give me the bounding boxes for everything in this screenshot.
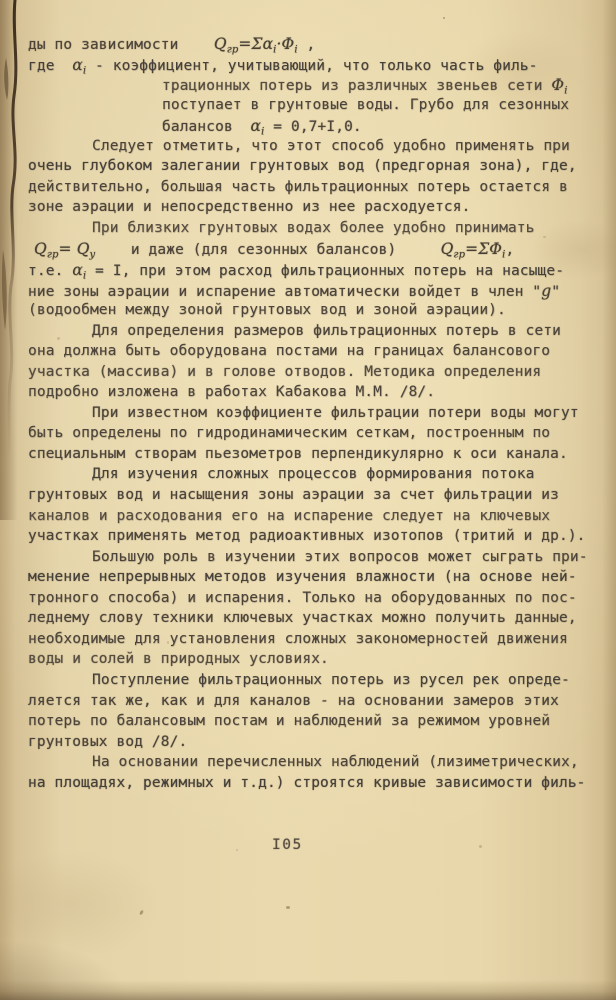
formula-segment: Q bbox=[34, 240, 47, 258]
text-line: При близких грунтовых водах более удобно… bbox=[28, 220, 600, 241]
formula-segment: α bbox=[251, 117, 262, 135]
page-text-block: ды по зависимости Qгр=Σαi·Φi ,где αi - к… bbox=[28, 35, 600, 795]
text-line: потерь по балансовым постам и наблюдений… bbox=[28, 713, 600, 734]
text-line: она должна быть оборудована постами на г… bbox=[28, 343, 600, 364]
text-run: При близких грунтовых водах более удобно… bbox=[92, 220, 535, 236]
text-line: Для определения размеров фильтрационных … bbox=[28, 323, 600, 344]
text-line: трационных потерь из различных звеньев с… bbox=[28, 76, 600, 97]
text-line: ды по зависимости Qгр=Σαi·Φi , bbox=[28, 35, 600, 56]
paper-speck bbox=[479, 845, 482, 848]
text-run: подробно изложена в работах Кабакова М.М… bbox=[28, 384, 435, 400]
text-line: необходимые для установления сложных зак… bbox=[28, 631, 600, 652]
formula-segment: =Σα bbox=[238, 35, 273, 53]
text-line: менение непрерывных методов изучения вла… bbox=[28, 569, 600, 590]
text-run: где bbox=[28, 58, 72, 74]
text-run: ды по зависимости bbox=[28, 37, 214, 53]
text-run: балансов bbox=[162, 119, 251, 135]
text-run: специальным створам пьезометров перпенди… bbox=[28, 446, 568, 462]
text-run: Большую роль в изучении этих вопросов мо… bbox=[92, 549, 588, 565]
text-line: На основании перечисленных наблюдений (л… bbox=[28, 754, 600, 775]
text-line: где αi - коэффициент, учитывающий, что т… bbox=[28, 56, 600, 77]
text-run: грунтовых вод /8/. bbox=[28, 734, 187, 750]
text-run: = 0,7+I,0. bbox=[264, 119, 361, 135]
formula-segment: α bbox=[72, 261, 83, 279]
text-line: каналов и расходования его на испарение … bbox=[28, 508, 600, 529]
text-line: ние зоны аэрации и испарение автоматичес… bbox=[28, 282, 600, 303]
text-line: очень глубоком залегании грунтовых вод (… bbox=[28, 158, 600, 179]
text-run: потерь по балансовым постам и наблюдений… bbox=[28, 713, 550, 729]
text-line: Большую роль в изучении этих вопросов мо… bbox=[28, 549, 600, 570]
text-line: т.е. αi = I, при этом расход фильтрацион… bbox=[28, 261, 600, 282]
formula-segment: Φ bbox=[551, 76, 564, 94]
paper-speck bbox=[139, 910, 144, 916]
text-line: тронного способа) и испарения. Только на… bbox=[28, 590, 600, 611]
paper-speck bbox=[167, 641, 169, 644]
text-line: действительно, большая часть фильтрацион… bbox=[28, 179, 600, 200]
text-run: менение непрерывных методов изучения вла… bbox=[28, 569, 577, 585]
text-run: леднему слову техники ключевых участках … bbox=[28, 610, 577, 626]
text-line: ляется так же, как и для каналов - на ос… bbox=[28, 693, 600, 714]
text-run: (водообмен между зоной грунтовых вод и з… bbox=[28, 302, 506, 318]
paper-speck bbox=[286, 906, 290, 909]
text-run: участка (массива) и в голове отводов. Ме… bbox=[28, 364, 541, 380]
formula-segment: =ΣΦ bbox=[465, 240, 502, 258]
text-line: грунтовых вод /8/. bbox=[28, 734, 600, 755]
text-run: зоне аэрации и непосредственно из нее ра… bbox=[28, 199, 471, 215]
paper-speck bbox=[236, 849, 238, 851]
text-run: ляется так же, как и для каналов - на ос… bbox=[28, 693, 559, 709]
text-run: " bbox=[551, 284, 560, 300]
text-line: подробно изложена в работах Кабакова М.М… bbox=[28, 384, 600, 405]
text-run: = I, при этом расход фильтрационных поте… bbox=[86, 263, 564, 279]
text-run: она должна быть оборудована постами на г… bbox=[28, 343, 550, 359]
formula-segment: ·Φ bbox=[277, 35, 295, 53]
text-run: поступает в грунтовые воды. Грубо для се… bbox=[162, 97, 569, 113]
text-run: на площадях, режимных и т.д.) строятся к… bbox=[28, 775, 586, 791]
text-run: Следует отметить, что этот способ удобно… bbox=[92, 138, 570, 154]
formula-segment: i bbox=[564, 86, 567, 97]
text-run: необходимые для установления сложных зак… bbox=[28, 631, 568, 647]
text-line: Для изучения сложных процессов формирова… bbox=[28, 466, 600, 487]
paper-speck bbox=[57, 337, 60, 340]
text-line: воды и солей в природных условиях. bbox=[28, 651, 600, 672]
text-run: грунтовых вод и насыщения зоны аэрации з… bbox=[28, 487, 559, 503]
text-line: Поступление фильтрационных потерь из рус… bbox=[28, 672, 600, 693]
formula-segment: гр bbox=[47, 250, 59, 261]
text-run: быть определены по гидродинамическим сет… bbox=[28, 425, 550, 441]
text-line: участка (массива) и в голове отводов. Ме… bbox=[28, 364, 600, 385]
text-line: на площадях, режимных и т.д.) строятся к… bbox=[28, 775, 600, 796]
document-page: ды по зависимости Qгр=Σαi·Φi ,где αi - к… bbox=[0, 0, 616, 1000]
text-line: участках применять метод радиоактивных и… bbox=[28, 528, 600, 549]
text-line: специальным створам пьезометров перпенди… bbox=[28, 446, 600, 467]
text-line: (водообмен между зоной грунтовых вод и з… bbox=[28, 302, 600, 323]
text-run: , bbox=[298, 37, 316, 53]
text-run: Для определения размеров фильтрационных … bbox=[92, 323, 561, 339]
text-run: трационных потерь из различных звеньев с… bbox=[162, 78, 551, 94]
formula-segment: гр bbox=[453, 250, 465, 261]
formula-segment: = bbox=[59, 240, 77, 258]
text-run: , bbox=[505, 242, 514, 258]
text-run: воды и солей в природных условиях. bbox=[28, 651, 329, 667]
formula-segment: Q bbox=[441, 240, 454, 258]
text-line: балансов αi = 0,7+I,0. bbox=[28, 117, 600, 138]
text-run: тронного способа) и испарения. Только на… bbox=[28, 590, 577, 606]
paper-speck bbox=[543, 236, 546, 238]
formula-segment: g bbox=[541, 282, 551, 300]
formula-segment: гр bbox=[227, 45, 239, 56]
text-run: При известном коэффициенте фильтрации по… bbox=[92, 405, 579, 421]
text-line: При известном коэффициенте фильтрации по… bbox=[28, 405, 600, 426]
text-run: и даже (для сезонных балансов) bbox=[95, 242, 440, 258]
text-run: очень глубоком залегании грунтовых вод (… bbox=[28, 158, 577, 174]
text-run: Для изучения сложных процессов формирова… bbox=[92, 466, 535, 482]
text-run: каналов и расходования его на испарение … bbox=[28, 508, 550, 524]
text-line: леднему слову техники ключевых участках … bbox=[28, 610, 600, 631]
text-run: т.е. bbox=[28, 263, 72, 279]
formula-segment: Q bbox=[77, 240, 90, 258]
formula-segment: α bbox=[72, 56, 83, 74]
text-run: Поступление фильтрационных потерь из рус… bbox=[92, 672, 570, 688]
formula-segment: Q bbox=[214, 35, 227, 53]
text-line: быть определены по гидродинамическим сет… bbox=[28, 425, 600, 446]
text-run: На основании перечисленных наблюдений (л… bbox=[92, 754, 579, 770]
text-line: грунтовых вод и насыщения зоны аэрации з… bbox=[28, 487, 600, 508]
text-line: Qгр= Qу и даже (для сезонных балансов) Q… bbox=[28, 240, 600, 261]
text-line: зоне аэрации и непосредственно из нее ра… bbox=[28, 199, 600, 220]
text-run: действительно, большая часть фильтрацион… bbox=[28, 179, 568, 195]
text-line: поступает в грунтовые воды. Грубо для се… bbox=[28, 97, 600, 118]
text-run: ние зоны аэрации и испарение автоматичес… bbox=[28, 284, 541, 300]
text-run: - коэффициент, учитывающий, что только ч… bbox=[86, 58, 537, 74]
paper-speck bbox=[443, 17, 445, 19]
text-line: Следует отметить, что этот способ удобно… bbox=[28, 138, 600, 159]
text-run: участках применять метод радиоактивных и… bbox=[28, 528, 586, 544]
page-number: I05 bbox=[272, 837, 303, 853]
